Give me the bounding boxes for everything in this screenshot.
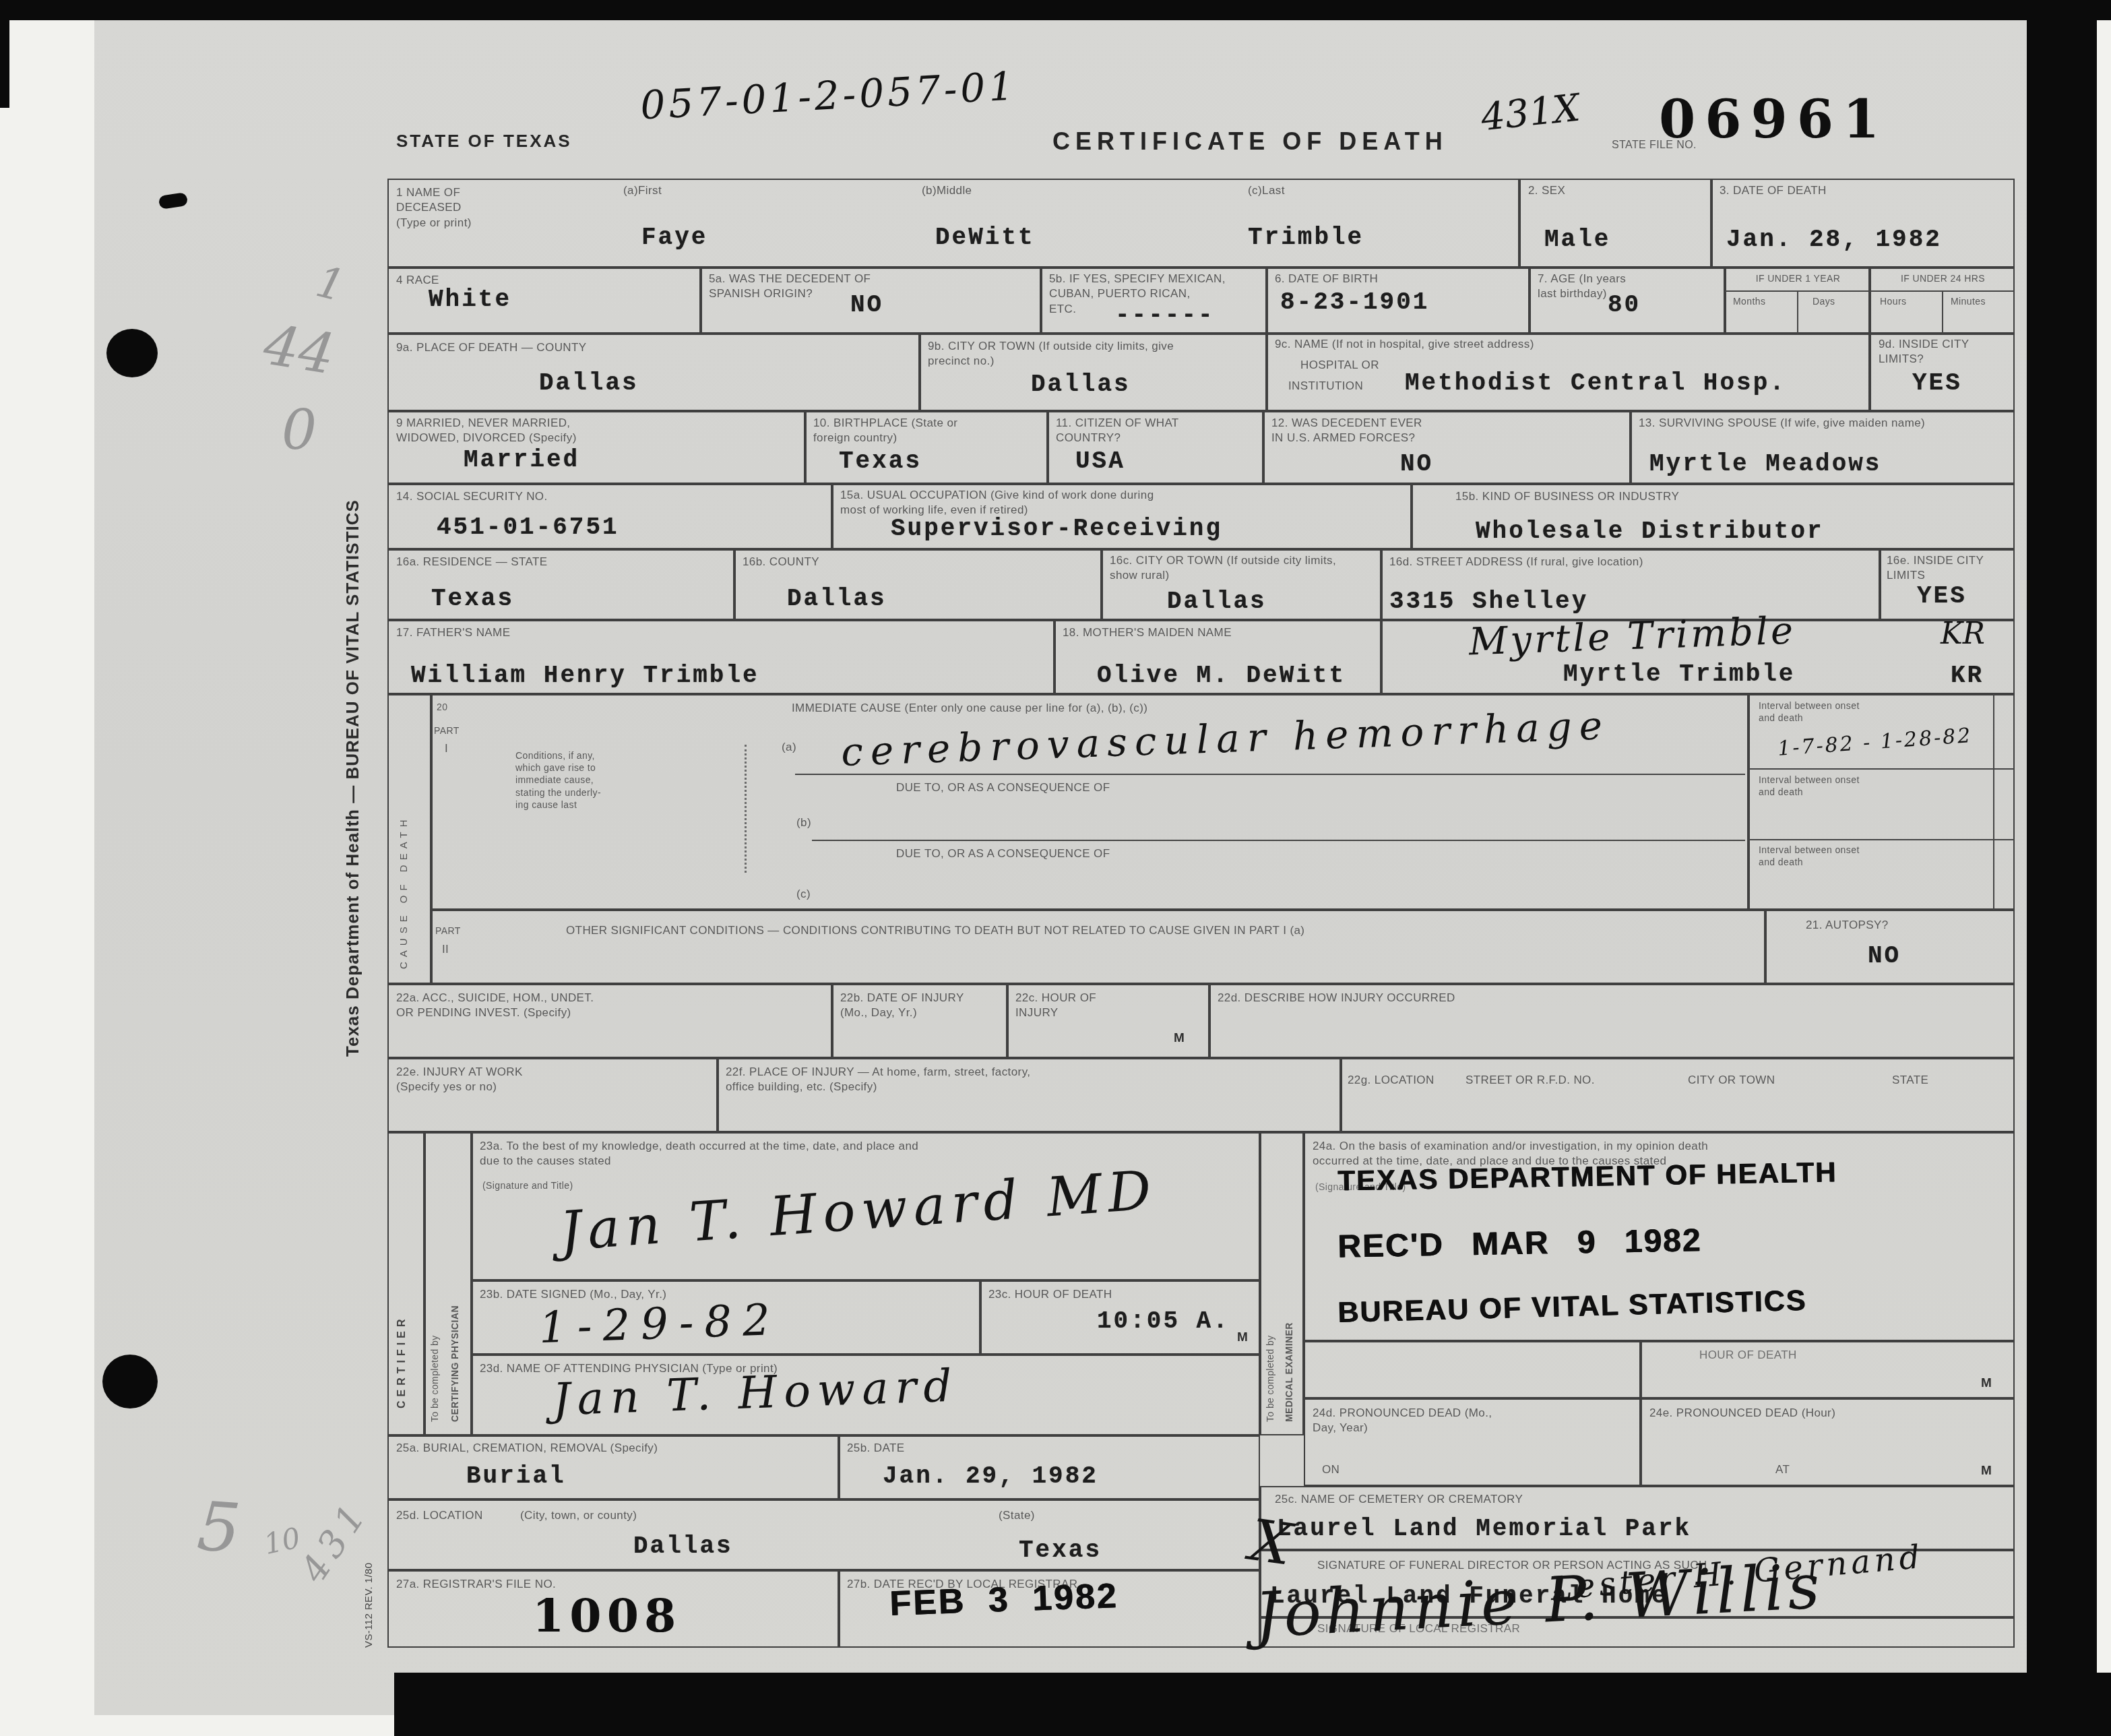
- place-inside-value: YES: [1912, 369, 1962, 397]
- agency-vertical-text: Texas Department of Health — BUREAU OF V…: [341, 181, 364, 1057]
- under1-days: Days: [1813, 295, 1835, 307]
- cert-phys-vertical-2: CERTIFYING PHYSICIAN: [449, 1146, 461, 1422]
- res-city-value: Dallas: [1167, 588, 1267, 615]
- grid-under-divider-h: [1725, 290, 2015, 292]
- burial-loc-state-value: Texas: [1019, 1537, 1102, 1564]
- business-label: 15b. KIND OF BUSINESS OR INDUSTRY: [1455, 489, 1679, 504]
- burial-label: 25a. BURIAL, CREMATION, REMOVAL (Specify…: [396, 1441, 658, 1456]
- immediate-cause-label: IMMEDIATE CAUSE (Enter only one cause pe…: [792, 701, 1147, 716]
- under24-minutes: Minutes: [1951, 295, 1986, 307]
- cause-line-a-rule: [795, 774, 1745, 775]
- med-24d-label: 24d. PRONOUNCED DEAD (Mo., Day, Year): [1313, 1406, 1596, 1436]
- scanned-death-certificate: STATE OF TEXAS 057-01-2-057-01 CERTIFICA…: [0, 0, 2111, 1736]
- injury-location-label: 22g. LOCATION: [1348, 1073, 1435, 1088]
- name-last-header: (c)Last: [1248, 183, 1285, 198]
- med-24e-m: M: [1981, 1462, 1992, 1479]
- cause-part-word: PART: [434, 724, 460, 737]
- cause-line-b-rule: [812, 840, 1745, 841]
- res-county-label: 16b. COUNTY: [743, 555, 819, 569]
- sex-value: Male: [1544, 226, 1610, 253]
- due-to-label-1: DUE TO, OR AS A CONSEQUENCE OF: [896, 780, 1110, 795]
- grid-under1-divider: [1797, 290, 1798, 334]
- dod-value: Jan. 28, 1982: [1726, 226, 1942, 253]
- res-state-label: 16a. RESIDENCE — STATE: [396, 555, 548, 569]
- dob-value: 8-23-1901: [1280, 288, 1429, 316]
- race-value: White: [429, 286, 511, 313]
- punch-hole-top: [106, 329, 158, 377]
- under1-header: IF UNDER 1 YEAR: [1729, 272, 1867, 284]
- marital-value: Married: [464, 446, 579, 474]
- cause-line-c-tag: (c): [796, 887, 811, 902]
- scan-edge-top: [0, 0, 2111, 20]
- res-street-label: 16d. STREET ADDRESS (If rural, give loca…: [1389, 555, 1643, 569]
- part2-word: PART: [435, 925, 461, 937]
- part2-num: II: [442, 942, 449, 957]
- burial-loc-label: 25d. LOCATION: [396, 1508, 483, 1523]
- mother-label: 18. MOTHER'S MAIDEN NAME: [1063, 625, 1232, 640]
- med-exam-vertical-1: To be completed by: [1264, 1146, 1276, 1422]
- father-label: 17. FATHER'S NAME: [396, 625, 510, 640]
- interval-label-2: Interval between onset and death: [1759, 774, 1981, 798]
- citizen-value: USA: [1075, 447, 1125, 475]
- res-county-value: Dallas: [787, 585, 887, 613]
- burial-date-value: Jan. 29, 1982: [883, 1462, 1098, 1490]
- grid-conditions-divider: [745, 745, 747, 873]
- res-inside-value: YES: [1917, 582, 1967, 610]
- injury-describe-label: 22d. DESCRIBE HOW INJURY OCCURRED: [1218, 991, 1455, 1005]
- citizen-label: 11. CITIZEN OF WHAT COUNTRY?: [1056, 416, 1251, 446]
- name-last-value: Trimble: [1248, 224, 1364, 251]
- res-street-value: 3315 Shelley: [1389, 588, 1588, 615]
- cert-23a-sig-label: (Signature and Title): [482, 1179, 573, 1191]
- grid-injury-location: [1341, 1058, 2015, 1132]
- injury-street-label: STREET OR R.F.D. NO.: [1466, 1073, 1595, 1088]
- birthplace-value: Texas: [839, 447, 922, 475]
- under1-months: Months: [1733, 295, 1765, 307]
- registrar-recd-stamp: FEB 3 1982: [889, 1576, 1118, 1624]
- burial-loc-state-label: (State): [999, 1508, 1035, 1523]
- med-24d-on: ON: [1322, 1462, 1340, 1477]
- birthplace-label: 10. BIRTHPLACE (State or foreign country…: [813, 416, 1036, 446]
- med-24c-m: M: [1981, 1375, 1992, 1392]
- scan-edge-sliver: [0, 20, 9, 108]
- file-number-stamp: 06961: [1659, 89, 1889, 150]
- marital-label: 9 MARRIED, NEVER MARRIED, WIDOWED, DIVOR…: [396, 416, 774, 446]
- grid-under24-divider: [1942, 290, 1943, 334]
- grid-interval-divider-2: [1748, 839, 2015, 840]
- burial-loc-city-value: Dallas: [633, 1532, 733, 1560]
- injury-acc-label: 22a. ACC., SUICIDE, HOM., UNDET. OR PEND…: [396, 991, 800, 1021]
- name-first-header: (a)First: [623, 183, 662, 198]
- occupation-label: 15a. USUAL OCCUPATION (Give kind of work…: [840, 488, 1406, 518]
- conditions-note: Conditions, if any, which gave rise to i…: [515, 749, 731, 811]
- dob-label: 6. DATE OF BIRTH: [1275, 272, 1378, 286]
- name-middle-header: (b)Middle: [922, 183, 972, 198]
- dod-label: 3. DATE OF DEATH: [1720, 183, 1827, 198]
- injury-city-label: CITY OR TOWN: [1688, 1073, 1775, 1088]
- ssn-value: 451-01-6751: [437, 514, 619, 541]
- burial-date-label: 25b. DATE: [847, 1441, 905, 1456]
- place-inst-sub2: INSTITUTION: [1288, 379, 1363, 394]
- interval-label-3: Interval between onset and death: [1759, 844, 1981, 868]
- injury-work-label: 22e. INJURY AT WORK (Specify yes or no): [396, 1065, 679, 1095]
- grid-part2: [431, 910, 1765, 984]
- res-state-value: Texas: [431, 585, 514, 613]
- injury-date-label: 22b. DATE OF INJURY (Mo., Day, Yr.): [840, 991, 1002, 1021]
- place-county-value: Dallas: [539, 369, 639, 397]
- injury-place-label: 22f. PLACE OF INJURY — At home, farm, st…: [726, 1065, 1305, 1095]
- burial-value: Burial: [466, 1462, 566, 1490]
- cause-part-num: I: [445, 741, 448, 756]
- form-number-vertical: VS-112 REV. 1/80: [363, 1472, 376, 1648]
- med-24e-at: AT: [1775, 1462, 1790, 1477]
- informant-typed-suffix: KR: [1951, 662, 1984, 689]
- spanish-value: NO: [850, 291, 883, 319]
- mother-value: Olive M. DeWitt: [1097, 662, 1346, 689]
- scan-edge-right: [2027, 20, 2097, 1736]
- name-middle-value: DeWitt: [935, 224, 1035, 251]
- spanish-spec-value: ------: [1115, 301, 1215, 329]
- place-inst-sub1: HOSPITAL OR: [1300, 358, 1379, 373]
- due-to-label-2: DUE TO, OR AS A CONSEQUENCE OF: [896, 846, 1110, 861]
- pencil-mark-5: 5: [195, 1487, 243, 1568]
- occupation-value: Supervisor-Receiving: [891, 515, 1222, 542]
- informant-signature-suffix: KR: [1941, 617, 1985, 651]
- cert-phys-vertical-1: To be completed by: [429, 1146, 441, 1422]
- cause-line-b-tag: (b): [796, 815, 811, 830]
- injury-state-label: STATE: [1892, 1073, 1928, 1088]
- cemetery-label: 25c. NAME OF CEMETERY OR CREMATORY: [1275, 1492, 1523, 1507]
- grid-24b: [1304, 1341, 1641, 1398]
- father-value: William Henry Trimble: [411, 662, 759, 689]
- spouse-label: 13. SURVIVING SPOUSE (If wife, give maid…: [1639, 416, 2009, 431]
- hour-of-death-value: 10:05 A.: [1097, 1307, 1230, 1335]
- hour-of-death-m: M: [1237, 1329, 1248, 1346]
- ssn-label: 14. SOCIAL SECURITY NO.: [396, 489, 548, 504]
- cause-line-a-tag: (a): [782, 740, 796, 755]
- place-inst-value: Methodist Central Hosp.: [1405, 369, 1786, 397]
- med-24e-label: 24e. PRONOUNCED DEAD (Hour): [1649, 1406, 1973, 1421]
- armed-value: NO: [1400, 450, 1433, 478]
- punch-hole-bottom: [102, 1355, 158, 1408]
- autopsy-label: 21. AUTOPSY?: [1806, 918, 1889, 933]
- grid-burial-location: [387, 1499, 1260, 1570]
- part2-label: OTHER SIGNIFICANT CONDITIONS — CONDITION…: [566, 923, 1711, 938]
- sex-label: 2. SEX: [1528, 183, 1565, 198]
- armed-label: 12. WAS DECEDENT EVER IN U.S. ARMED FORC…: [1271, 416, 1608, 446]
- spouse-value: Myrtle Meadows: [1649, 450, 1881, 478]
- received-stamp-line2: REC'D MAR 9 1982: [1337, 1222, 1702, 1265]
- grid-interval-inner-line: [1993, 694, 1994, 910]
- certifier-vertical: CERTIFIER: [395, 1159, 409, 1408]
- place-city-value: Dallas: [1031, 371, 1131, 398]
- grid-intervals: [1748, 694, 2015, 910]
- certificate-title: CERTIFICATE OF DEATH: [1052, 125, 1448, 158]
- res-inside-label: 16e. INSIDE CITY LIMITS: [1887, 553, 2011, 584]
- grid-interval-divider-1: [1748, 768, 2015, 770]
- cause-of-death-vertical: CAUSE OF DEATH: [398, 713, 411, 969]
- pencil-mark-0: 0: [282, 399, 317, 463]
- scan-edge-bottom: [394, 1673, 2111, 1736]
- name-label: 1 NAME OF DECEASED (Type or print): [396, 185, 551, 230]
- age-value: 80: [1608, 291, 1641, 319]
- res-city-label: 16c. CITY OR TOWN (If outside city limit…: [1110, 553, 1379, 584]
- informant-typed: Myrtle Trimble: [1563, 660, 1795, 688]
- business-value: Wholesale Distributor: [1476, 518, 1824, 545]
- under24-header: IF UNDER 24 HRS: [1874, 272, 2012, 284]
- grid-24c: [1641, 1341, 2015, 1398]
- state-label: STATE OF TEXAS: [396, 129, 572, 152]
- autopsy-value: NO: [1868, 942, 1901, 970]
- cemetery-value: Laurel Land Memorial Park: [1277, 1515, 1691, 1543]
- cause-part-no: 20: [437, 701, 447, 713]
- burial-loc-city-label: (City, town, or county): [520, 1508, 637, 1523]
- injury-hour-m: M: [1174, 1030, 1185, 1047]
- date-signed-value: 1-29-82: [538, 1295, 782, 1353]
- registrar-file-stamp: 1008: [532, 1589, 681, 1643]
- under24-hours: Hours: [1880, 295, 1906, 307]
- name-first-value: Faye: [641, 224, 707, 251]
- place-county-label: 9a. PLACE OF DEATH — COUNTY: [396, 340, 587, 355]
- cert-23c-label: 23c. HOUR OF DEATH: [988, 1287, 1112, 1302]
- funeral-director-x-mark: X: [1246, 1507, 1296, 1578]
- med-24c-hour-label: HOUR OF DEATH: [1699, 1348, 1797, 1363]
- place-inside-label: 9d. INSIDE CITY LIMITS?: [1879, 337, 2010, 367]
- place-inst-label: 9c. NAME (If not in hospital, give stree…: [1275, 337, 1534, 352]
- injury-hour-label: 22c. HOUR OF INJURY: [1015, 991, 1164, 1021]
- med-exam-vertical-2: MEDICAL EXAMINER: [1283, 1146, 1295, 1422]
- pencil-mark-44: 44: [259, 313, 339, 387]
- place-city-label: 9b. CITY OR TOWN (If outside city limits…: [928, 339, 1251, 369]
- interval-label-1: Interval between onset and death: [1759, 700, 1981, 724]
